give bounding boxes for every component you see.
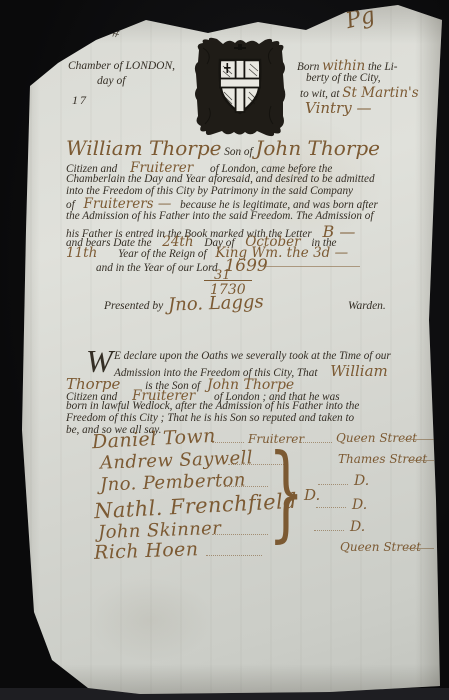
oath-dropcap: W bbox=[86, 346, 113, 376]
brace-ditto-mark: D. bbox=[304, 486, 320, 504]
photo-of-document: 11 # Pg Chamber of LONDON, day of 17 bbox=[0, 0, 449, 700]
leader-dots bbox=[314, 529, 344, 531]
cert-line-1: William Thorpe Son of John Thorpe bbox=[66, 136, 398, 160]
leader-dots bbox=[300, 441, 332, 443]
presenter-signature: Jno. Laggs bbox=[168, 291, 264, 315]
oath-line-5: born in lawful Wedlock, after the Admiss… bbox=[66, 400, 359, 412]
pencil-mark: 11 bbox=[96, 0, 120, 23]
cert-line-3: Chamberlain the Day and Year aforesaid, … bbox=[66, 173, 398, 185]
witness-address-ditto: D. bbox=[354, 473, 369, 489]
leader-dots bbox=[212, 441, 244, 443]
parish-handwritten-line2: Vintry — bbox=[305, 99, 371, 117]
cert-line-6: the Admission of his Father into the sai… bbox=[66, 210, 398, 222]
leader-dots bbox=[318, 483, 348, 485]
certificate-paper: 11 # Pg Chamber of LONDON, day of 17 bbox=[0, 0, 449, 700]
oath-name1-handwritten: William bbox=[330, 362, 388, 380]
corner-flourish-mark: Pg bbox=[343, 3, 377, 34]
year-of-lord-words: and in the Year of our Lord bbox=[96, 262, 218, 274]
witness-address-ditto: D. bbox=[352, 497, 367, 513]
leader-dots bbox=[212, 533, 268, 535]
hash-mark: # bbox=[110, 25, 120, 42]
regnal-year-handwritten: 11th bbox=[66, 245, 97, 261]
leader-dots bbox=[316, 506, 346, 508]
father-name-handwritten: John Thorpe bbox=[255, 136, 380, 160]
witness-address-ditto: D. bbox=[350, 519, 365, 535]
address-flourish bbox=[404, 438, 434, 440]
warden-label: Warden. bbox=[348, 300, 386, 312]
chamber-of-london-line: Chamber of LONDON, bbox=[68, 60, 175, 72]
year-flourish-line bbox=[260, 265, 360, 267]
signature-group-brace: } bbox=[268, 442, 304, 542]
oath-line-6: Freedom of this City ; That he is his So… bbox=[66, 412, 354, 424]
son-of-words: Son of bbox=[224, 146, 252, 158]
oath-line-1: E declare upon the Oaths we severally to… bbox=[114, 350, 391, 362]
day-of-line: day of bbox=[97, 75, 125, 87]
presented-by-label: Presented by bbox=[104, 300, 163, 312]
address-flourish bbox=[408, 459, 434, 461]
year-prefix: 17 bbox=[72, 93, 88, 108]
born-liberty-line2: berty of the City, bbox=[306, 72, 381, 84]
son-name-handwritten: William Thorpe bbox=[66, 136, 222, 160]
witness-signature: Rich Hoen bbox=[94, 538, 199, 564]
address-flourish bbox=[406, 547, 434, 549]
city-of-london-arms-woodcut-icon bbox=[193, 36, 287, 138]
leader-dots bbox=[224, 485, 268, 487]
leader-dots bbox=[206, 554, 262, 556]
